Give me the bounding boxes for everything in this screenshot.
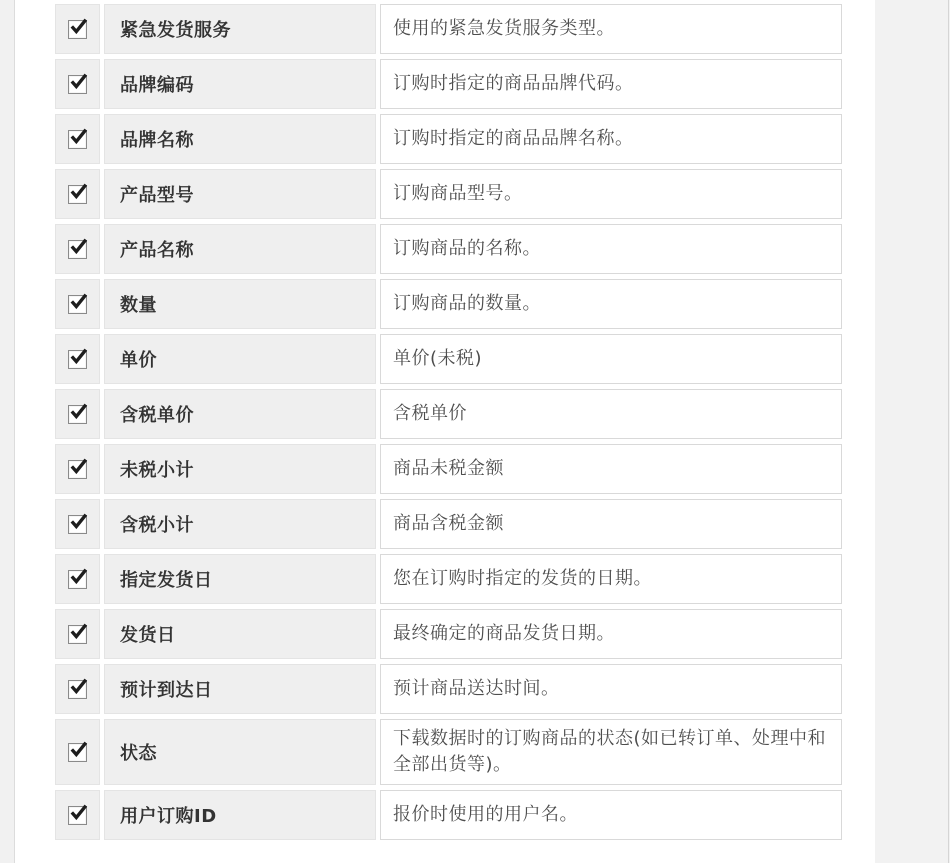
- field-label: 紧急发货服务: [120, 20, 231, 41]
- checkbox-cell: [55, 389, 100, 439]
- row-checkbox[interactable]: [68, 350, 87, 369]
- right-gutter: [875, 0, 950, 863]
- field-label: 用户订购ID: [120, 806, 217, 827]
- field-description-cell: 订购商品的名称。: [380, 224, 842, 274]
- field-label-cell: 预计到达日: [104, 664, 376, 714]
- field-description: 使用的紧急发货服务类型。: [393, 18, 615, 39]
- field-description: 商品未税金额: [393, 458, 504, 479]
- field-description: 订购商品型号。: [393, 183, 523, 204]
- field-label: 数量: [120, 295, 157, 316]
- field-description-cell: 含税单价: [380, 389, 842, 439]
- field-label: 产品名称: [120, 240, 194, 261]
- field-description-cell: 下载数据时的订购商品的状态(如已转订单、处理中和全部出货等)。: [380, 719, 842, 785]
- checkbox-cell: [55, 664, 100, 714]
- field-description-cell: 使用的紧急发货服务类型。: [380, 4, 842, 54]
- field-table-body: 紧急发货服务 使用的紧急发货服务类型。 品牌编码 订购时指定的商品品牌代码。 品…: [55, 4, 842, 840]
- checkbox-cell: [55, 4, 100, 54]
- checkbox-cell: [55, 499, 100, 549]
- field-description: 含税单价: [393, 403, 467, 424]
- field-description-cell: 预计商品送达时间。: [380, 664, 842, 714]
- field-label-cell: 含税小计: [104, 499, 376, 549]
- table-row: 未税小计 商品未税金额: [55, 444, 842, 494]
- row-checkbox[interactable]: [68, 295, 87, 314]
- field-label-cell: 状态: [104, 719, 376, 785]
- table-row: 数量 订购商品的数量。: [55, 279, 842, 329]
- checkbox-cell: [55, 169, 100, 219]
- left-gutter: [0, 0, 15, 863]
- field-description: 订购商品的数量。: [393, 293, 541, 314]
- field-selection-table: 紧急发货服务 使用的紧急发货服务类型。 品牌编码 订购时指定的商品品牌代码。 品…: [51, 0, 846, 845]
- field-label-cell: 用户订购ID: [104, 790, 376, 840]
- table-row: 发货日 最终确定的商品发货日期。: [55, 609, 842, 659]
- row-checkbox[interactable]: [68, 405, 87, 424]
- field-label: 预计到达日: [120, 680, 213, 701]
- field-label-cell: 数量: [104, 279, 376, 329]
- table-row: 状态 下载数据时的订购商品的状态(如已转订单、处理中和全部出货等)。: [55, 719, 842, 785]
- field-description: 订购时指定的商品品牌名称。: [393, 128, 634, 149]
- table-row: 预计到达日 预计商品送达时间。: [55, 664, 842, 714]
- field-description: 商品含税金额: [393, 513, 504, 534]
- checkbox-cell: [55, 279, 100, 329]
- row-checkbox[interactable]: [68, 75, 87, 94]
- table-row: 品牌名称 订购时指定的商品品牌名称。: [55, 114, 842, 164]
- row-checkbox[interactable]: [68, 460, 87, 479]
- field-description: 报价时使用的用户名。: [393, 804, 578, 825]
- checkbox-cell: [55, 334, 100, 384]
- row-checkbox[interactable]: [68, 240, 87, 259]
- checkbox-cell: [55, 554, 100, 604]
- field-label-cell: 品牌名称: [104, 114, 376, 164]
- checkbox-cell: [55, 790, 100, 840]
- field-description-cell: 订购时指定的商品品牌名称。: [380, 114, 842, 164]
- row-checkbox[interactable]: [68, 185, 87, 204]
- row-checkbox[interactable]: [68, 570, 87, 589]
- field-description-cell: 单价(未税): [380, 334, 842, 384]
- field-label-cell: 含税单价: [104, 389, 376, 439]
- field-description-cell: 最终确定的商品发货日期。: [380, 609, 842, 659]
- table-row: 指定发货日 您在订购时指定的发货的日期。: [55, 554, 842, 604]
- checkbox-cell: [55, 719, 100, 785]
- field-description-cell: 您在订购时指定的发货的日期。: [380, 554, 842, 604]
- table-row: 含税小计 商品含税金额: [55, 499, 842, 549]
- checkbox-cell: [55, 114, 100, 164]
- table-row: 用户订购ID 报价时使用的用户名。: [55, 790, 842, 840]
- field-description: 单价(未税): [393, 348, 482, 369]
- field-description: 预计商品送达时间。: [393, 678, 560, 699]
- row-checkbox[interactable]: [68, 20, 87, 39]
- field-label-cell: 产品型号: [104, 169, 376, 219]
- checkbox-cell: [55, 444, 100, 494]
- row-checkbox[interactable]: [68, 515, 87, 534]
- checkbox-cell: [55, 224, 100, 274]
- field-label: 发货日: [120, 625, 176, 646]
- row-checkbox[interactable]: [68, 806, 87, 825]
- field-label: 品牌名称: [120, 130, 194, 151]
- table-row: 产品名称 订购商品的名称。: [55, 224, 842, 274]
- field-description-cell: 商品含税金额: [380, 499, 842, 549]
- checkbox-cell: [55, 609, 100, 659]
- row-checkbox[interactable]: [68, 130, 87, 149]
- field-label: 产品型号: [120, 185, 194, 206]
- field-description: 订购商品的名称。: [393, 238, 541, 259]
- field-description-cell: 订购商品型号。: [380, 169, 842, 219]
- row-checkbox[interactable]: [68, 743, 87, 762]
- table-row: 品牌编码 订购时指定的商品品牌代码。: [55, 59, 842, 109]
- page: 紧急发货服务 使用的紧急发货服务类型。 品牌编码 订购时指定的商品品牌代码。 品…: [0, 0, 950, 863]
- checkbox-cell: [55, 59, 100, 109]
- field-label: 含税单价: [120, 405, 194, 426]
- field-label-cell: 产品名称: [104, 224, 376, 274]
- field-label-cell: 指定发货日: [104, 554, 376, 604]
- field-label: 含税小计: [120, 515, 194, 536]
- field-label: 未税小计: [120, 460, 194, 481]
- field-description-cell: 报价时使用的用户名。: [380, 790, 842, 840]
- field-description: 下载数据时的订购商品的状态(如已转订单、处理中和全部出货等)。: [393, 728, 826, 775]
- field-label-cell: 品牌编码: [104, 59, 376, 109]
- field-description: 最终确定的商品发货日期。: [393, 623, 615, 644]
- field-label-cell: 紧急发货服务: [104, 4, 376, 54]
- field-description-cell: 订购时指定的商品品牌代码。: [380, 59, 842, 109]
- field-label: 状态: [120, 743, 157, 764]
- field-label-cell: 单价: [104, 334, 376, 384]
- field-description-cell: 商品未税金额: [380, 444, 842, 494]
- field-label: 单价: [120, 350, 157, 371]
- row-checkbox[interactable]: [68, 625, 87, 644]
- table-row: 产品型号 订购商品型号。: [55, 169, 842, 219]
- field-label-cell: 发货日: [104, 609, 376, 659]
- field-label: 指定发货日: [120, 570, 213, 591]
- field-label: 品牌编码: [120, 75, 194, 96]
- row-checkbox[interactable]: [68, 680, 87, 699]
- table-row: 单价 单价(未税): [55, 334, 842, 384]
- field-label-cell: 未税小计: [104, 444, 376, 494]
- table-row: 紧急发货服务 使用的紧急发货服务类型。: [55, 4, 842, 54]
- field-description: 订购时指定的商品品牌代码。: [393, 73, 634, 94]
- table-row: 含税单价 含税单价: [55, 389, 842, 439]
- field-description-cell: 订购商品的数量。: [380, 279, 842, 329]
- field-description: 您在订购时指定的发货的日期。: [393, 568, 652, 589]
